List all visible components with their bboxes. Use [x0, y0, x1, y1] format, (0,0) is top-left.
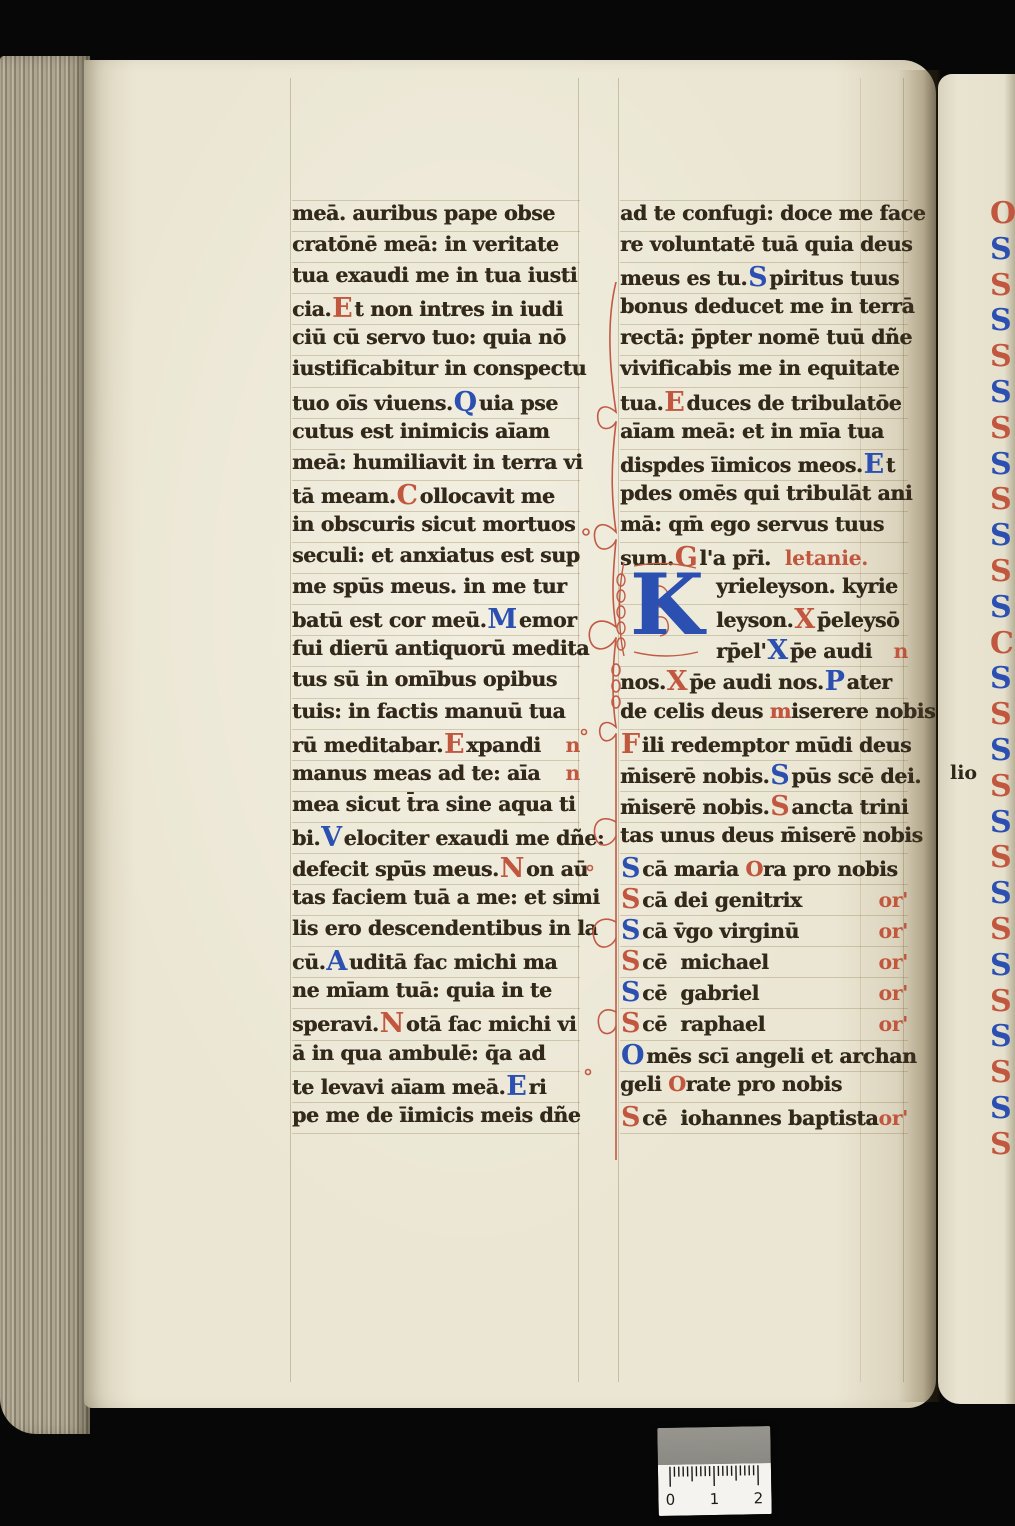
text-segment: t non intres in iudi — [354, 297, 563, 321]
edge-initial-letter: S — [990, 518, 1015, 554]
text-line: tuo oīs viuens.Quia pse — [292, 388, 580, 419]
initial-letter: E — [444, 731, 464, 758]
text-segment: cā v̄go virginū — [642, 919, 799, 943]
scale-ruler-card: 0 1 2 — [657, 1426, 772, 1516]
initial-letter: S — [621, 886, 640, 913]
text-line: bi.Velociter exaudi me dñe: — [292, 823, 580, 854]
text-line: rū meditabar.Expandin — [292, 730, 580, 761]
text-segment: elociter exaudi me dñe: — [344, 826, 604, 850]
initial-letter: E — [506, 1073, 526, 1100]
edge-initial-letter: S — [990, 769, 1015, 805]
penwork-flourish — [576, 282, 622, 1160]
text-segment: mēs scī angeli et archan — [646, 1044, 916, 1068]
initial-letter: S — [621, 948, 640, 975]
photograph-backdrop: meā. auribus pape obsecratōnē meā: in ve… — [0, 0, 1015, 1526]
text-line: aīam meā: et in mīa tua — [620, 419, 908, 450]
edge-initial-letter: S — [990, 232, 1015, 268]
edge-initial-letter: S — [990, 447, 1015, 483]
text-line: tas unus deus m̄iserē nobis — [620, 823, 908, 854]
text-segment: cia. — [292, 297, 331, 321]
initial-letter: E — [864, 451, 884, 478]
text-line: ciū cū servo tuo: quia nō — [292, 325, 580, 356]
text-segment: bonus deducet me in terrā — [620, 294, 914, 318]
text-segment: cē iohannes baptista — [642, 1106, 878, 1130]
text-segment: ciū cū servo tuo: quia nō — [292, 325, 566, 349]
ruler-gray-band — [657, 1426, 771, 1465]
text-line: dispdes īimicos meos.Et — [620, 450, 908, 481]
initial-letter: S — [621, 1104, 640, 1131]
text-segment: tas faciem tuā a me: et simi — [292, 885, 600, 909]
text-segment: tua exaudi me in tua iusti — [292, 263, 577, 287]
gutter-fold-shadow — [898, 70, 940, 1402]
text-segment: speravi. — [292, 1012, 379, 1036]
text-line: lis ero descendentibus in la — [292, 916, 580, 947]
initial-letter: S — [621, 1010, 640, 1037]
text-segment: cā maria — [642, 857, 745, 881]
text-segment: cratōnē meā: in veritate — [292, 232, 559, 256]
initial-letter: M — [487, 606, 517, 633]
text-segment: xpandi — [466, 733, 540, 757]
text-segment: ater — [847, 670, 892, 694]
text-column-right: ad te confugi: doce me facere voluntatē … — [620, 200, 908, 1134]
text-segment: tuis: in factis manuū tua — [292, 699, 565, 723]
edge-initial-letter: S — [990, 876, 1015, 912]
text-segment: ri — [528, 1075, 546, 1099]
text-segment: rū meditabar. — [292, 733, 443, 757]
text-segment: ra pro nobis — [763, 857, 898, 881]
text-line: manus meas ad te: aīan — [292, 761, 580, 792]
text-segment: duces de tribulatōe — [686, 391, 901, 415]
initial-letter: E — [664, 389, 684, 416]
edge-initial-letter: S — [990, 1127, 1015, 1162]
text-segment: piritus tuus — [769, 266, 899, 290]
text-segment: meus es tu. — [620, 266, 747, 290]
text-segment: iustificabitur in conspectu — [292, 356, 586, 380]
text-line: defecit spūs meus.Non aū — [292, 854, 580, 885]
text-segment: uditā fac michi ma — [349, 950, 557, 974]
ruling-line-vertical — [290, 78, 291, 1382]
text-line: pdes omēs qui tribulāt ani — [620, 481, 908, 512]
initial-letter: C — [397, 482, 418, 509]
text-segment: rectā: p̄pter nomē tuū dñe — [620, 325, 912, 349]
text-line: te levavi aīam meā.Eri — [292, 1072, 580, 1103]
text-segment: de celis deus — [620, 699, 770, 723]
initial-letter-K: K — [630, 556, 703, 654]
text-segment: rp̄el' — [716, 639, 766, 663]
text-line: nos.Xp̄e audi nos.Pater — [620, 667, 908, 698]
initial-letter: O — [621, 1042, 644, 1069]
manuscript-page: meā. auribus pape obsecratōnē meā: in ve… — [84, 60, 936, 1408]
initial-letter: Q — [454, 389, 477, 416]
initial-letter: X — [767, 637, 788, 664]
decorated-initial-kyrie: K — [614, 560, 704, 658]
text-segment: tā meam. — [292, 484, 396, 508]
edge-initial-letter: S — [990, 805, 1015, 841]
edge-initial-letter: S — [990, 840, 1015, 876]
initial-letter: A — [326, 948, 347, 975]
ruler-scale: 0 1 2 — [658, 1463, 772, 1516]
text-segment: dispdes īimicos meos. — [620, 453, 863, 477]
text-line: tā meam.Collocavit me — [292, 481, 580, 512]
initial-letter: N — [500, 855, 524, 882]
text-line: meā: humiliavit in terra vi — [292, 450, 580, 481]
text-segment: tuo oīs viuens. — [292, 391, 453, 415]
text-segment: pe me de īimicis meis dñe — [292, 1103, 580, 1127]
text-segment: batū est cor meū. — [292, 608, 486, 632]
text-segment: lis ero descendentibus in la — [292, 916, 597, 940]
text-segment: bi. — [292, 826, 320, 850]
text-segment: p̄eleysō — [817, 608, 900, 632]
text-segment: aīam meā: et in mīa tua — [620, 419, 884, 443]
text-segment: mea sicut t̄ra sine aqua ti — [292, 792, 575, 816]
text-segment: uia pse — [479, 391, 558, 415]
text-segment: nos. — [620, 670, 666, 694]
text-segment: tas unus deus m̄iserē nobis — [620, 823, 923, 847]
text-line: iustificabitur in conspectu — [292, 356, 580, 387]
text-segment: meā: humiliavit in terra vi — [292, 450, 582, 474]
edge-initial-letter: S — [990, 1019, 1015, 1055]
text-segment: ad te confugi: doce me face — [620, 201, 925, 225]
text-segment: te levavi aīam meā. — [292, 1075, 505, 1099]
next-folio-edge: OSSSSSSSSSSSCSSSSSSSSSSSSSS lio — [938, 74, 1015, 1404]
text-line: Omēs scī angeli et archan — [620, 1041, 908, 1072]
text-line: tus sū in omībus opibus — [292, 667, 580, 698]
edge-initial-letter: S — [990, 411, 1015, 447]
text-segment: ne mīam tuā: quia in te — [292, 978, 552, 1002]
text-line: ā in qua ambulē: q̄a ad — [292, 1041, 580, 1072]
text-segment: cutus est inimicis aīam — [292, 419, 549, 443]
text-line: fui dierū antiquorū medita — [292, 636, 580, 667]
text-line: tua.Educes de tribulatōe — [620, 388, 908, 419]
text-segment: cā dei genitrix — [642, 888, 802, 912]
text-segment: cū. — [292, 950, 325, 974]
ruler-number-0: 0 — [666, 1491, 676, 1509]
ruler-number-1: 1 — [710, 1490, 720, 1508]
ruler-numbers: 0 1 2 — [658, 1489, 771, 1511]
initial-letter: S — [621, 917, 640, 944]
initial-letter: X — [794, 606, 815, 633]
edge-initial-letter: S — [990, 912, 1015, 948]
text-line: tuis: in factis manuū tua — [292, 699, 580, 730]
next-folio-initials: OSSSSSSSSSSSCSSSSSSSSSSSSSS — [984, 196, 1015, 1162]
text-segment: cē michael — [642, 950, 768, 974]
initial-letter: S — [621, 979, 640, 1006]
text-segment: ollocavit me — [420, 484, 555, 508]
text-segment: yrieleyson. kyrie — [716, 574, 898, 598]
book-page-edges-left — [0, 56, 90, 1434]
text-line: bonus deducet me in terrā — [620, 294, 908, 325]
edge-initial-letter: S — [990, 375, 1015, 411]
initial-letter: E — [332, 295, 352, 322]
text-line: cia.Et non intres in iudi — [292, 294, 580, 325]
text-segment: defecit spūs meus. — [292, 857, 499, 881]
edge-initial-letter: S — [990, 948, 1015, 984]
text-segment: me spūs meus. in me tur — [292, 574, 566, 598]
edge-initial-letter: S — [990, 303, 1015, 339]
initial-letter: V — [321, 824, 342, 851]
text-line: vivificabis me in equitate — [620, 356, 908, 387]
edge-initial-letter: S — [990, 661, 1015, 697]
text-segment: m̄iserē nobis. — [620, 764, 769, 788]
text-line: cratōnē meā: in veritate — [292, 232, 580, 263]
initial-letter: S — [770, 793, 789, 820]
text-line: me spūs meus. in me tur — [292, 574, 580, 605]
edge-initial-letter: S — [990, 268, 1015, 304]
text-line: ne mīam tuā: quia in te — [292, 978, 580, 1009]
text-segment: otā fac michi vi — [406, 1012, 576, 1036]
edge-initial-letter: S — [990, 339, 1015, 375]
text-line: cutus est inimicis aīam — [292, 419, 580, 450]
initial-letter: P — [825, 668, 845, 695]
edge-initial-letter: C — [990, 626, 1015, 662]
text-line: Scē raphaelor' — [620, 1009, 908, 1040]
text-column-left: meā. auribus pape obsecratōnē meā: in ve… — [292, 200, 580, 1134]
text-line: re voluntatē tuā quia deus — [620, 232, 908, 263]
text-line: Scē gabrielor' — [620, 978, 908, 1009]
text-segment: re voluntatē tuā quia deus — [620, 232, 912, 256]
edge-initial-letter: O — [990, 196, 1015, 232]
next-folio-text-fragment: lio — [950, 762, 977, 784]
text-line: m̄iserē nobis.Sancta trini — [620, 792, 908, 823]
initial-letter: S — [621, 855, 640, 882]
text-segment: letanie. — [785, 546, 868, 570]
text-segment: seculi: et anxiatus est sup — [292, 543, 580, 567]
text-segment: emor — [519, 608, 577, 632]
text-segment: geli — [620, 1072, 668, 1096]
text-segment: m̄iserē nobis. — [620, 795, 769, 819]
text-line: Scā dei genitrixor' — [620, 885, 908, 916]
text-line: de celis deus miserere nobis — [620, 699, 908, 730]
text-segment: cē raphael — [642, 1012, 765, 1036]
text-segment: ā in qua ambulē: q̄a ad — [292, 1041, 545, 1065]
edge-initial-letter: S — [990, 554, 1015, 590]
text-segment: p̄e audi — [790, 639, 872, 663]
initial-letter: N — [380, 1010, 404, 1037]
text-line: Scē iohannes baptistaor' — [620, 1103, 908, 1134]
text-segment: fui dierū antiquorū medita — [292, 636, 589, 660]
text-segment: O — [745, 857, 762, 881]
text-line: meus es tu.Spiritus tuus — [620, 263, 908, 294]
text-line: batū est cor meū.Memor — [292, 605, 580, 636]
text-line: seculi: et anxiatus est sup — [292, 543, 580, 574]
text-segment: cē gabriel — [642, 981, 759, 1005]
ruler-number-2: 2 — [754, 1489, 764, 1507]
text-segment: mā: qm̄ ego servus tuus — [620, 512, 884, 536]
text-line: tas faciem tuā a me: et simi — [292, 885, 580, 916]
initial-letter: X — [667, 668, 688, 695]
text-segment: pdes omēs qui tribulāt ani — [620, 481, 912, 505]
edge-initial-letter: S — [990, 733, 1015, 769]
text-line: Scē michaelor' — [620, 947, 908, 978]
text-segment: m — [770, 699, 791, 723]
text-segment: l'a pr̄i. — [699, 546, 770, 570]
initial-letter: S — [770, 762, 789, 789]
text-segment: leyson. — [716, 608, 793, 632]
text-line: in obscuris sicut mortuos — [292, 512, 580, 543]
text-segment: ili redemptor mūdi deus — [642, 733, 911, 757]
text-segment: t — [886, 453, 895, 477]
text-line: mā: qm̄ ego servus tuus — [620, 512, 908, 543]
text-segment: in obscuris sicut mortuos — [292, 512, 575, 536]
initial-letter: S — [748, 264, 767, 291]
edge-initial-letter: S — [990, 697, 1015, 733]
initial-letter: F — [621, 731, 640, 758]
text-segment: O — [668, 1072, 685, 1096]
edge-initial-letter: S — [990, 1055, 1015, 1091]
text-line: rectā: p̄pter nomē tuū dñe — [620, 325, 908, 356]
text-line: Scā maria Ora pro nobis — [620, 854, 908, 885]
edge-initial-letter: S — [990, 482, 1015, 518]
text-segment: manus meas ad te: aīa — [292, 761, 540, 785]
text-segment: tua. — [620, 391, 663, 415]
ruler-ticks — [658, 1463, 771, 1491]
edge-initial-letter: S — [990, 984, 1015, 1020]
text-segment: rate pro nobis — [686, 1072, 842, 1096]
text-segment: vivificabis me in equitate — [620, 356, 899, 380]
text-line: ad te confugi: doce me face — [620, 201, 908, 232]
text-segment: tus sū in omībus opibus — [292, 667, 557, 691]
text-segment: ancta trini — [791, 795, 908, 819]
text-line: mea sicut t̄ra sine aqua ti — [292, 792, 580, 823]
text-line: m̄iserē nobis.Spūs scē dei. — [620, 761, 908, 792]
text-line: speravi.Notā fac michi vi — [292, 1009, 580, 1040]
text-line: tua exaudi me in tua iusti — [292, 263, 580, 294]
text-line: Fili redemptor mūdi deus — [620, 730, 908, 761]
text-line: Scā v̄go virginūor' — [620, 916, 908, 947]
text-line: pe me de īimicis meis dñe — [292, 1103, 580, 1134]
text-segment: meā. auribus pape obse — [292, 201, 555, 225]
edge-initial-letter: S — [990, 1091, 1015, 1127]
edge-initial-letter: S — [990, 590, 1015, 626]
text-line: geli Orate pro nobis — [620, 1072, 908, 1103]
text-line: meā. auribus pape obse — [292, 201, 580, 232]
text-segment: p̄e audi nos. — [689, 670, 823, 694]
text-line: cū.Auditā fac michi ma — [292, 947, 580, 978]
